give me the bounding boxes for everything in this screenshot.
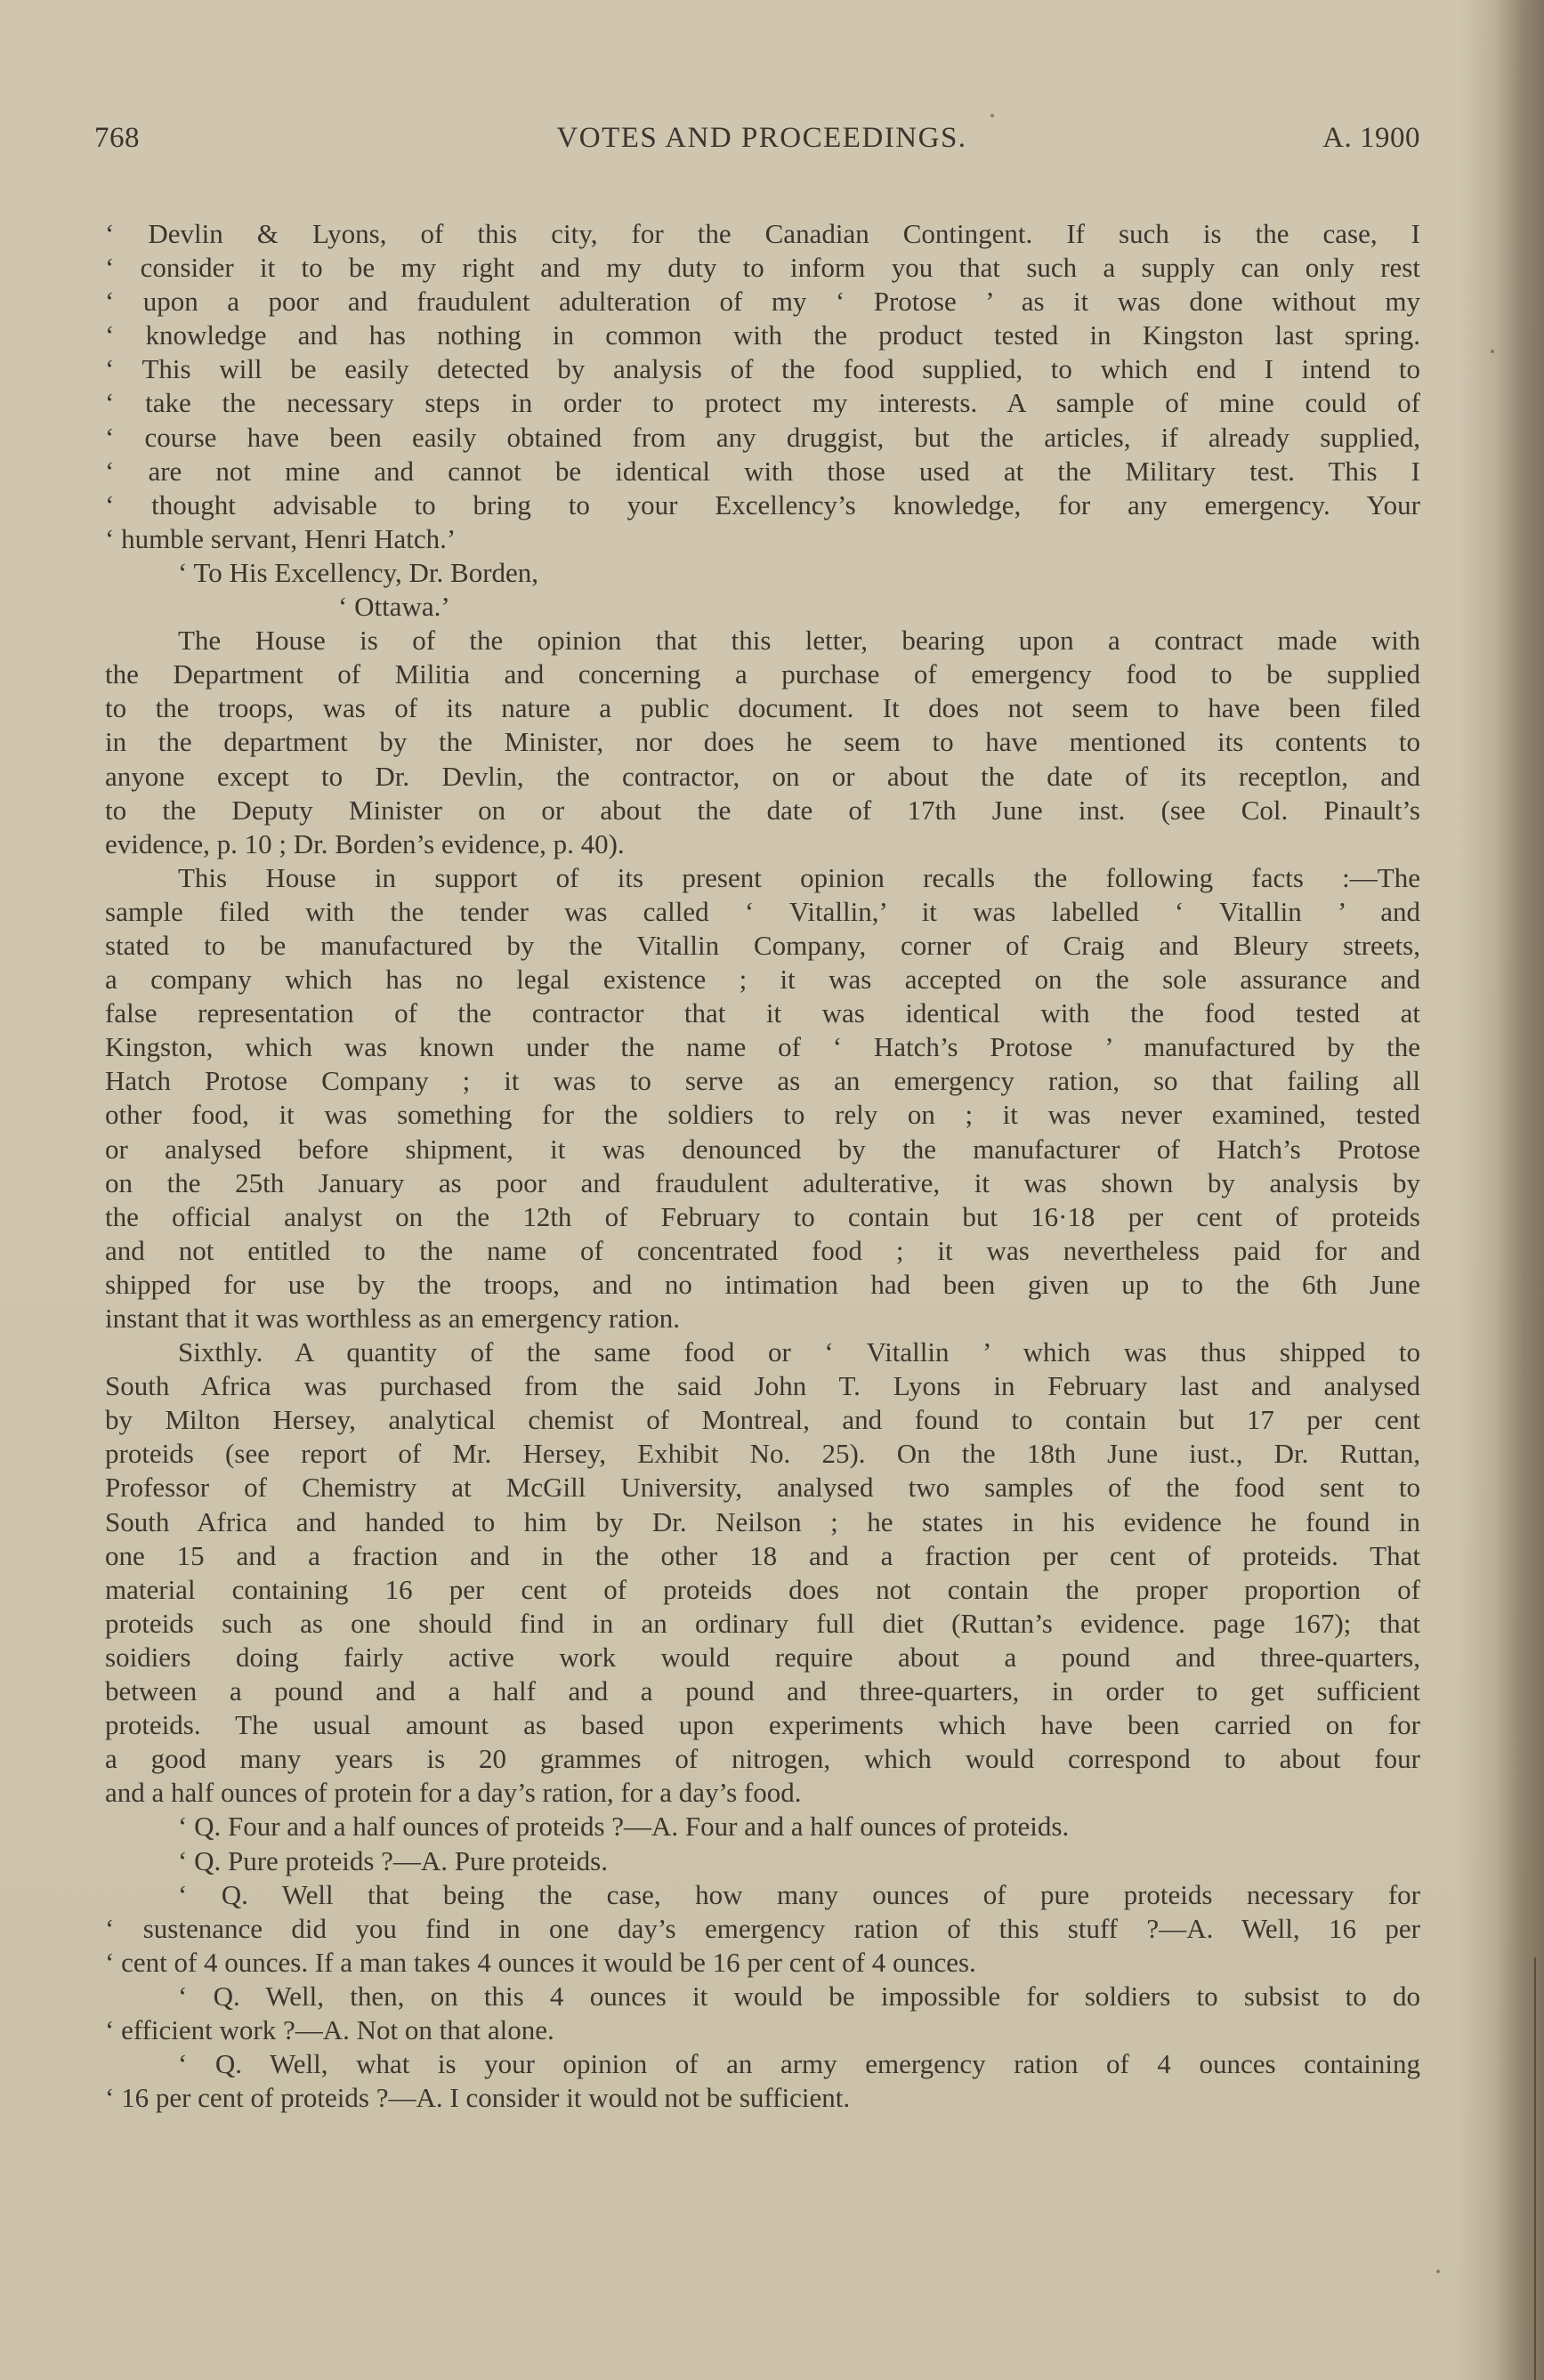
- text-line: to the Deputy Minister on or about the d…: [105, 794, 1420, 827]
- text-line: by Milton Hersey, analytical chemist of …: [105, 1403, 1420, 1437]
- text-line: This House in support of its present opi…: [105, 861, 1420, 895]
- text-line: other food, it was something for the sol…: [105, 1098, 1420, 1132]
- header-year: A. 1900: [1322, 122, 1420, 155]
- body-text: ‘ Devlin & Lyons, of this city, for the …: [105, 217, 1420, 2115]
- text-line: ‘ upon a poor and fraudulent adulteratio…: [105, 285, 1420, 319]
- text-line: shipped for use by the troops, and no in…: [105, 1268, 1420, 1302]
- text-line: ‘ This will be easily detected by analys…: [105, 352, 1420, 386]
- text-line: between a pound and a half and a pound a…: [105, 1674, 1420, 1708]
- text-line: or analysed before shipment, it was deno…: [105, 1133, 1420, 1166]
- text-line: Hatch Protose Company ; it was to serve …: [105, 1064, 1420, 1098]
- text-line: and not entitled to the name of concentr…: [105, 1234, 1420, 1268]
- text-line: proteids (see report of Mr. Hersey, Exhi…: [105, 1437, 1420, 1471]
- text-line: a good many years is 20 grammes of nitro…: [105, 1742, 1420, 1776]
- text-line: ‘ sustenance did you find in one day’s e…: [105, 1912, 1420, 1946]
- text-line: in the department by the Minister, nor d…: [105, 725, 1420, 759]
- text-line: ‘ efficient work ?—A. Not on that alone.: [105, 2013, 1420, 2047]
- text-line: proteids. The usual amount as based upon…: [105, 1708, 1420, 1742]
- text-line: a company which has no legal existence ;…: [105, 963, 1420, 996]
- text-line: one 15 and a fraction and in the other 1…: [105, 1539, 1420, 1573]
- text-line: ‘ To His Excellency, Dr. Borden,: [105, 556, 1420, 590]
- paper-speck: [1491, 350, 1494, 353]
- text-line: Kingston, which was known under the name…: [105, 1030, 1420, 1064]
- page-edge-line: [1534, 1957, 1536, 2380]
- text-line: false representation of the contractor t…: [105, 996, 1420, 1030]
- text-line: ‘ take the necessary steps in order to p…: [105, 386, 1420, 420]
- text-line: ‘ Q. Well, what is your opinion of an ar…: [105, 2047, 1420, 2081]
- text-line: instant that it was worthless as an emer…: [105, 1302, 1420, 1335]
- page-title: VOTES AND PROCEEDINGS.: [94, 122, 1420, 155]
- paper-speck: [990, 114, 994, 117]
- text-line: on the 25th January as poor and fraudule…: [105, 1166, 1420, 1200]
- text-line: ‘ humble servant, Henri Hatch.’: [105, 522, 1420, 556]
- text-line: material containing 16 per cent of prote…: [105, 1573, 1420, 1607]
- text-line: ‘ Q. Pure proteids ?—A. Pure proteids.: [105, 1844, 1420, 1878]
- text-line: stated to be manufactured by the Vitalli…: [105, 929, 1420, 963]
- text-line: ‘ Devlin & Lyons, of this city, for the …: [105, 217, 1420, 251]
- text-line: soidiers doing fairly active work would …: [105, 1641, 1420, 1674]
- text-line: ‘ cent of 4 ounces. If a man takes 4 oun…: [105, 1946, 1420, 1980]
- text-line: ‘ Ottawa.’: [105, 590, 1420, 624]
- text-line: Sixthly. A quantity of the same food or …: [105, 1335, 1420, 1369]
- text-line: ‘ Q. Well that being the case, how many …: [105, 1878, 1420, 1912]
- text-line: ‘ 16 per cent of proteids ?—A. I conside…: [105, 2081, 1420, 2115]
- scanned-page: 768 VOTES AND PROCEEDINGS. A. 1900 ‘ Dev…: [0, 0, 1544, 2380]
- text-line: anyone except to Dr. Devlin, the contrac…: [105, 760, 1420, 794]
- text-line: ‘ Q. Four and a half ounces of proteids …: [105, 1810, 1420, 1843]
- text-line: to the troops, was of its nature a publi…: [105, 691, 1420, 725]
- text-line: South Africa and handed to him by Dr. Ne…: [105, 1505, 1420, 1539]
- text-line: ‘ Q. Well, then, on this 4 ounces it wou…: [105, 1980, 1420, 2013]
- text-line: ‘ knowledge and has nothing in common wi…: [105, 319, 1420, 352]
- paper-speck: [1436, 2270, 1440, 2273]
- text-line: ‘ are not mine and cannot be identical w…: [105, 455, 1420, 488]
- running-header: 768 VOTES AND PROCEEDINGS. A. 1900: [94, 122, 1420, 161]
- text-line: ‘ thought advisable to bring to your Exc…: [105, 488, 1420, 522]
- text-line: sample filed with the tender was called …: [105, 895, 1420, 929]
- text-line: The House is of the opinion that this le…: [105, 624, 1420, 658]
- text-line: and a half ounces of protein for a day’s…: [105, 1776, 1420, 1810]
- text-line: ‘ consider it to be my right and my duty…: [105, 251, 1420, 285]
- text-line: the official analyst on the 12th of Febr…: [105, 1200, 1420, 1234]
- text-line: South Africa was purchased from the said…: [105, 1369, 1420, 1403]
- text-line: ‘ course have been easily obtained from …: [105, 421, 1420, 455]
- text-line: Professor of Chemistry at McGill Univers…: [105, 1471, 1420, 1505]
- text-line: evidence, p. 10 ; Dr. Borden’s evidence,…: [105, 827, 1420, 861]
- text-line: the Department of Militia and concerning…: [105, 658, 1420, 691]
- text-line: proteids such as one should find in an o…: [105, 1607, 1420, 1641]
